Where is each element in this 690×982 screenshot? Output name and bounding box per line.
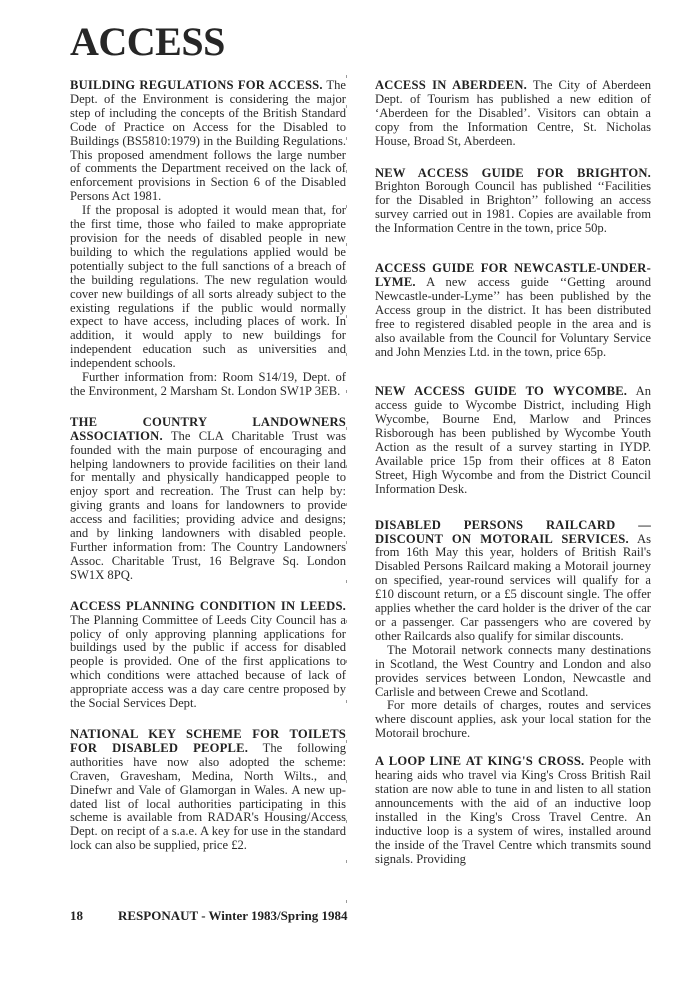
- article-newcastle-under-lyme: ACCESS GUIDE FOR NEWCASTLE-UNDER-LYME. A…: [375, 262, 651, 359]
- article-aberdeen: ACCESS IN ABERDEEN. The City of Aberdeen…: [375, 79, 651, 149]
- article-national-key-scheme: NATIONAL KEY SCHEME FOR TOILETS FOR DISA…: [70, 728, 346, 853]
- article-railcard-motorail: DISABLED PERSONS RAILCARD — DISCOUNT ON …: [375, 519, 651, 742]
- article-headline: BUILDING REGULATIONS FOR ACCESS.: [70, 78, 323, 92]
- page-title: ACCESS: [70, 22, 225, 62]
- left-column: BUILDING REGULATIONS FOR ACCESS. The Dep…: [70, 79, 346, 868]
- article-body: If the proposal is adopted it would mean…: [70, 204, 346, 371]
- page-number: 18: [70, 908, 118, 924]
- article-body: People with hearing aids who travel via …: [375, 754, 651, 865]
- article-wycombe: NEW ACCESS GUIDE TO WYCOMBE. An access g…: [375, 385, 651, 496]
- article-building-regulations: BUILDING REGULATIONS FOR ACCESS. The Dep…: [70, 79, 346, 399]
- article-country-landowners: THE COUNTRY LANDOWNERS ASSOCIATION. The …: [70, 416, 346, 583]
- article-body: As from 16th May this year, holders of B…: [375, 532, 651, 643]
- article-body: Brighton Borough Council has published ‘…: [375, 179, 651, 235]
- article-body: The Planning Committee of Leeds City Cou…: [70, 613, 346, 710]
- article-headline: A LOOP LINE AT KING'S CROSS.: [375, 754, 584, 768]
- article-headline: DISABLED PERSONS RAILCARD — DISCOUNT ON …: [375, 518, 651, 546]
- article-kings-cross-loop: A LOOP LINE AT KING'S CROSS. People with…: [375, 755, 651, 866]
- article-headline: ACCESS PLANNING CONDITION IN LEEDS.: [70, 599, 346, 613]
- right-column: ACCESS IN ABERDEEN. The City of Aberdeen…: [375, 79, 651, 881]
- article-headline: NEW ACCESS GUIDE TO WYCOMBE.: [375, 384, 627, 398]
- article-headline: ACCESS IN ABERDEEN.: [375, 78, 527, 92]
- gutter-scan-marks: [346, 75, 348, 935]
- article-body: A new access guide ‘‘Getting around Newc…: [375, 275, 651, 359]
- article-brighton: NEW ACCESS GUIDE FOR BRIGHTON. Brighton …: [375, 167, 651, 237]
- article-leeds-planning: ACCESS PLANNING CONDITION IN LEEDS. The …: [70, 600, 346, 711]
- article-body: The Motorail network connects many desti…: [375, 644, 651, 700]
- page-footer: 18RESPONAUT - Winter 1983/Spring 1984: [70, 908, 347, 924]
- article-body: An access guide to Wycombe District, inc…: [375, 384, 651, 495]
- article-headline: NEW ACCESS GUIDE FOR BRIGHTON.: [375, 166, 651, 180]
- article-body: Further information from: Room S14/19, D…: [70, 371, 346, 399]
- article-body: The Dept. of the Environment is consider…: [70, 78, 346, 203]
- article-body: The CLA Charitable Trust was founded wit…: [70, 429, 346, 582]
- article-body: The following authorities have now also …: [70, 741, 346, 852]
- publication-name: RESPONAUT - Winter 1983/Spring 1984: [118, 908, 347, 923]
- article-body: For more details of charges, routes and …: [375, 699, 651, 741]
